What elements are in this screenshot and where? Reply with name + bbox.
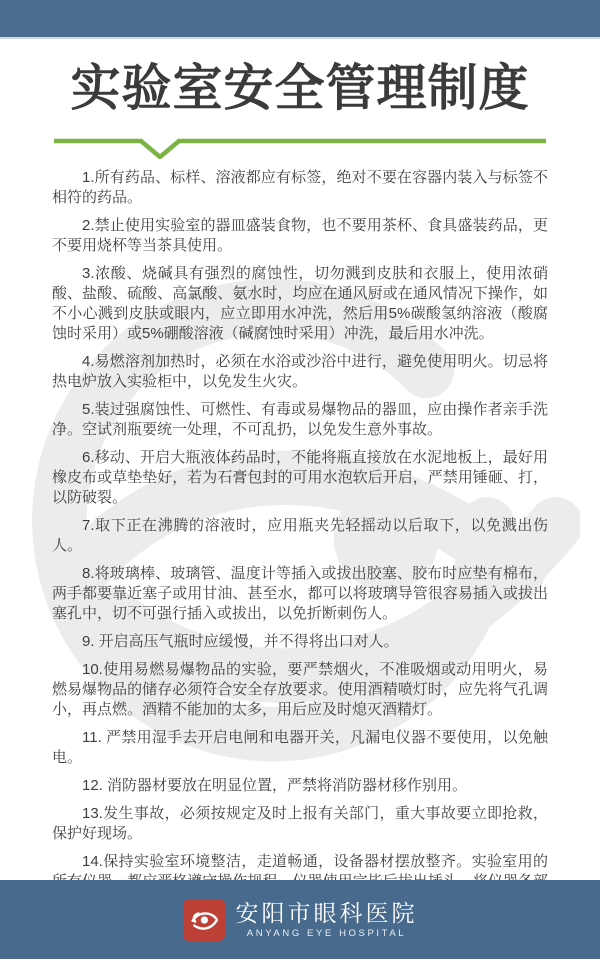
rules-list: 1.所有药品、标样、溶液都应有标签，绝对不要在容器内装入与标签不相符的药品。 2… <box>52 168 548 880</box>
hospital-logo <box>183 899 225 941</box>
eye-icon <box>187 903 221 937</box>
rule-item-10: 10.使用易燃易爆物品的实验，要严禁烟火，不准吸烟或动用明火，易燃易爆物品的储存… <box>52 660 548 720</box>
rule-item-13: 13.发生事故，必须按规定及时上报有关部门，重大事故要立即抢救，保护好现场。 <box>52 804 548 844</box>
rule-item-9: 9. 开启高压气瓶时应缓慢，并不得将出口对人。 <box>52 632 548 652</box>
page-title: 实验室安全管理制度 <box>10 60 590 116</box>
rule-item-1: 1.所有药品、标样、溶液都应有标签，绝对不要在容器内装入与标签不相符的药品。 <box>52 168 548 208</box>
green-divider <box>52 137 548 159</box>
rule-item-12: 12. 消防器材要放在明显位置，严禁将消防器材移作别用。 <box>52 776 548 796</box>
rule-item-7: 7.取下正在沸腾的溶液时，应用瓶夹先轻摇动以后取下，以免溅出伤人。 <box>52 516 548 556</box>
rule-item-11: 11. 严禁用湿手去开启电闸和电器开关，凡漏电仪器不要使用，以免触电。 <box>52 728 548 768</box>
poster: 实验室安全管理制度 1.所有药品、标样、溶液都应有标签，绝对不要在容器内装入与标… <box>0 0 600 959</box>
top-banner <box>0 0 600 39</box>
hospital-name-zh: 安阳市眼科医院 <box>236 900 418 926</box>
hospital-brand: 安阳市眼科医院 ANYANG EYE HOSPITAL <box>183 899 418 941</box>
rule-item-3: 3.浓酸、烧碱具有强烈的腐蚀性，切勿溅到皮肤和衣服上，使用浓硝酸、盐酸、硫酸、高… <box>52 264 548 344</box>
rule-item-14: 14.保持实验室环境整洁，走道畅通，设备器材摆放整齐。实验室用的所有仪器，都应严… <box>52 852 548 880</box>
rule-item-5: 5.装过强腐蚀性、可燃性、有毒或易爆物品的器皿，应由操作者亲手洗净。空试剂瓶要统… <box>52 400 548 440</box>
content-area: 实验室安全管理制度 1.所有药品、标样、溶液都应有标签，绝对不要在容器内装入与标… <box>0 39 600 880</box>
rule-item-6: 6.移动、开启大瓶液体药品时，不能将瓶直接放在水泥地板上，最好用橡皮布或草垫垫好… <box>52 448 548 508</box>
hospital-names: 安阳市眼科医院 ANYANG EYE HOSPITAL <box>236 900 418 939</box>
rule-item-8: 8.将玻璃棒、玻璃管、温度计等插入或拔出胶塞、胶布时应垫有棉布，两手都要靠近塞子… <box>52 564 548 624</box>
rule-item-4: 4.易燃溶剂加热时，必须在水浴或沙浴中进行，避免使用明火。切忌将热电炉放入实验柜… <box>52 352 548 392</box>
rule-item-2: 2.禁止使用实验室的器皿盛装食物，也不要用茶杯、食具盛装药品，更不要用烧杯等当茶… <box>52 216 548 256</box>
hospital-name-en: ANYANG EYE HOSPITAL <box>247 928 406 939</box>
footer-banner: 安阳市眼科医院 ANYANG EYE HOSPITAL <box>0 880 600 959</box>
